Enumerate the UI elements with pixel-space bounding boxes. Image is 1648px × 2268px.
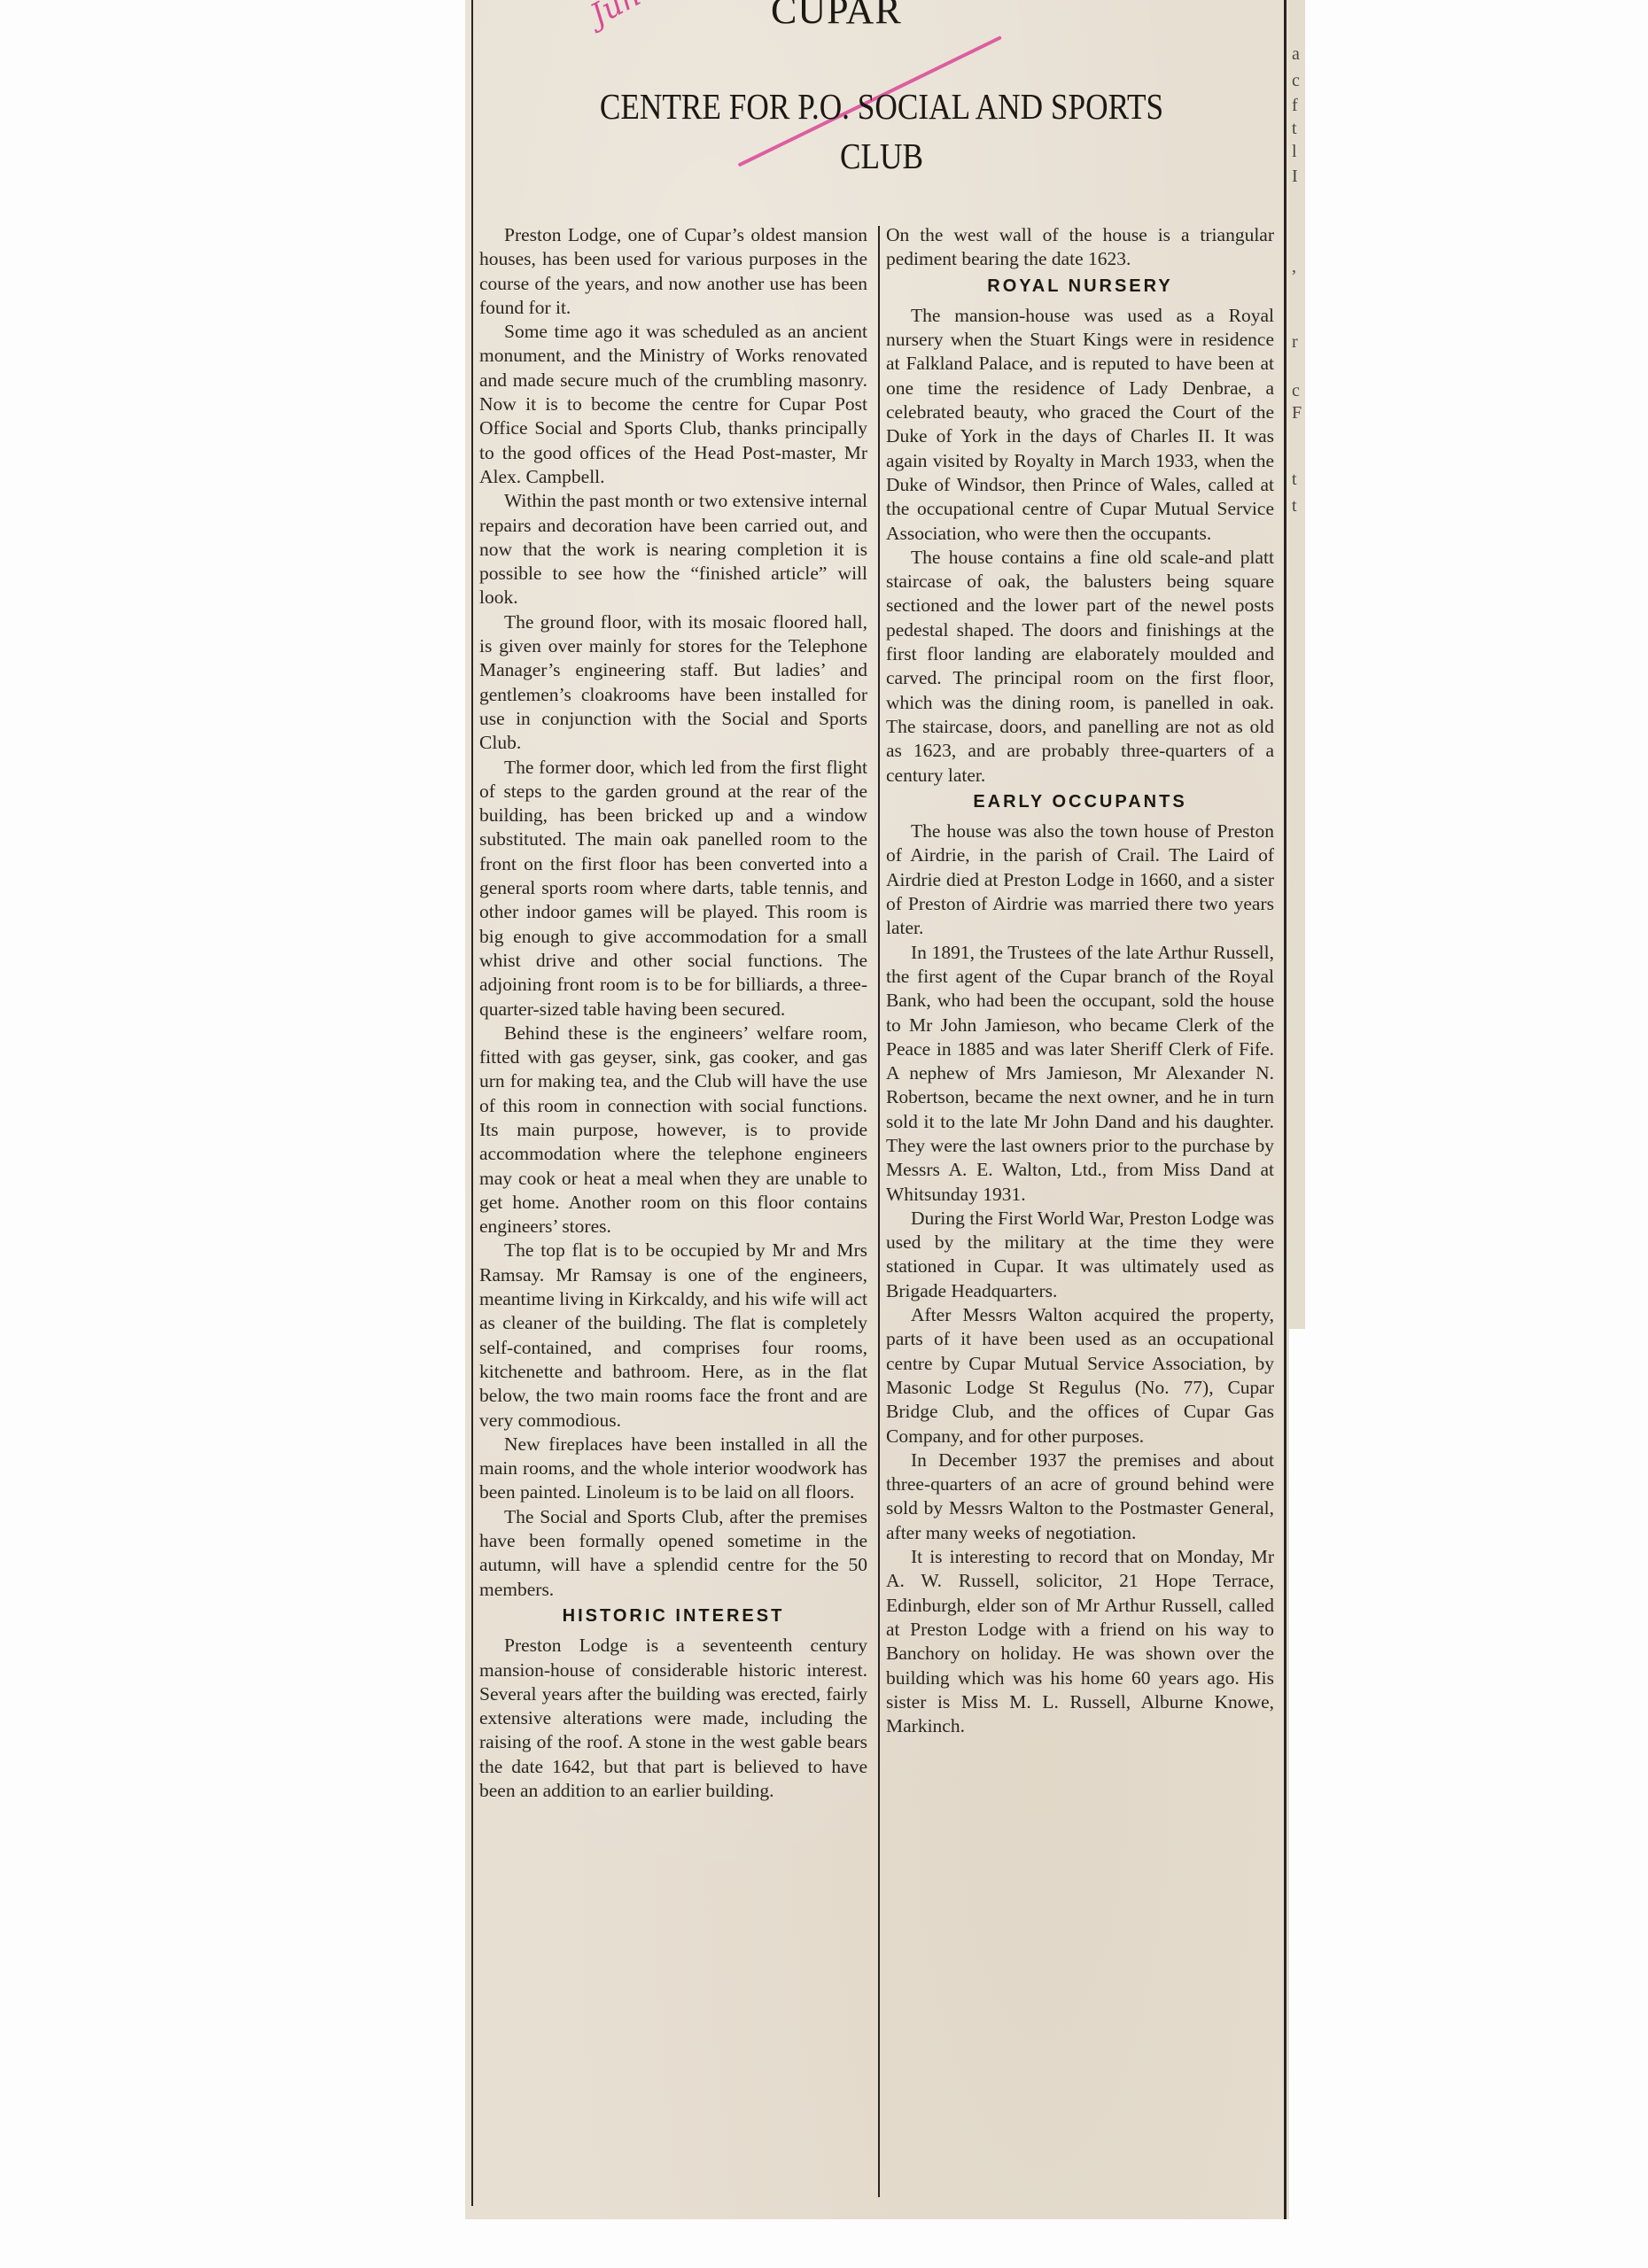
adjacent-text-fragment: f <box>1292 96 1298 116</box>
paragraph: Some time ago it was scheduled as an anc… <box>479 320 867 489</box>
adjacent-text-fragment: r <box>1292 332 1298 353</box>
adjacent-text-fragment: t <box>1292 470 1297 490</box>
adjacent-column-strip: acftlI,rcFtt <box>1289 0 1305 1329</box>
article-column-left: Preston Lodge, one of Cupar’s oldest man… <box>479 223 867 1803</box>
paragraph: After Messrs Walton acquired the propert… <box>886 1303 1274 1449</box>
paragraph: Within the past month or two extensive i… <box>479 489 867 610</box>
paragraph: The Social and Sports Club, after the pr… <box>479 1505 867 1602</box>
paragraph: In 1891, the Trustees of the late Arthur… <box>886 941 1274 1207</box>
paragraph: During the First World War, Preston Lodg… <box>886 1207 1274 1303</box>
headline-line-2: CLUB <box>550 131 1213 181</box>
subhead-historic-interest: HISTORIC INTEREST <box>479 1604 867 1628</box>
adjacent-text-fragment: l <box>1292 142 1297 162</box>
paragraph: New fireplaces have been installed in al… <box>479 1433 867 1505</box>
paragraph: The house was also the town house of Pre… <box>886 819 1274 940</box>
column-rule-right <box>1284 0 1287 2219</box>
paragraph: On the west wall of the house is a trian… <box>886 223 1274 272</box>
section-label: CUPAR <box>771 0 902 33</box>
subhead-early-occupants: EARLY OCCUPANTS <box>886 790 1274 814</box>
paragraph: The top flat is to be occupied by Mr and… <box>479 1239 867 1432</box>
paragraph: The former door, which led from the firs… <box>479 756 867 1021</box>
adjacent-text-fragment: , <box>1292 257 1296 277</box>
adjacent-text-fragment: c <box>1292 381 1300 401</box>
headline-line-1: CENTRE FOR P.O. SOCIAL AND SPORTS <box>550 82 1213 131</box>
paragraph: Behind these is the engineers’ welfare r… <box>479 1021 867 1239</box>
paragraph: The mansion-house was used as a Royal nu… <box>886 304 1274 546</box>
article-column-right: On the west wall of the house is a trian… <box>886 223 1274 1738</box>
paragraph: Preston Lodge is a seventeenth century m… <box>479 1634 867 1803</box>
adjacent-text-fragment: I <box>1292 167 1298 187</box>
column-rule-left <box>471 0 473 2206</box>
adjacent-text-fragment: t <box>1292 496 1297 517</box>
column-rule-middle <box>878 226 880 2197</box>
adjacent-text-fragment: a <box>1292 44 1300 65</box>
paragraph: It is interesting to record that on Mond… <box>886 1545 1274 1738</box>
paragraph: In December 1937 the premises and about … <box>886 1449 1274 1545</box>
paragraph: The house contains a fine old scale-and … <box>886 546 1274 788</box>
adjacent-text-fragment: t <box>1292 119 1297 139</box>
paragraph: Preston Lodge, one of Cupar’s oldest man… <box>479 223 867 320</box>
article-headline: CENTRE FOR P.O. SOCIAL AND SPORTS CLUB <box>550 82 1213 181</box>
subhead-royal-nursery: ROYAL NURSERY <box>886 275 1274 299</box>
adjacent-text-fragment: c <box>1292 71 1300 91</box>
adjacent-text-fragment: F <box>1292 403 1302 423</box>
paragraph: The ground floor, with its mosaic floore… <box>479 610 867 756</box>
